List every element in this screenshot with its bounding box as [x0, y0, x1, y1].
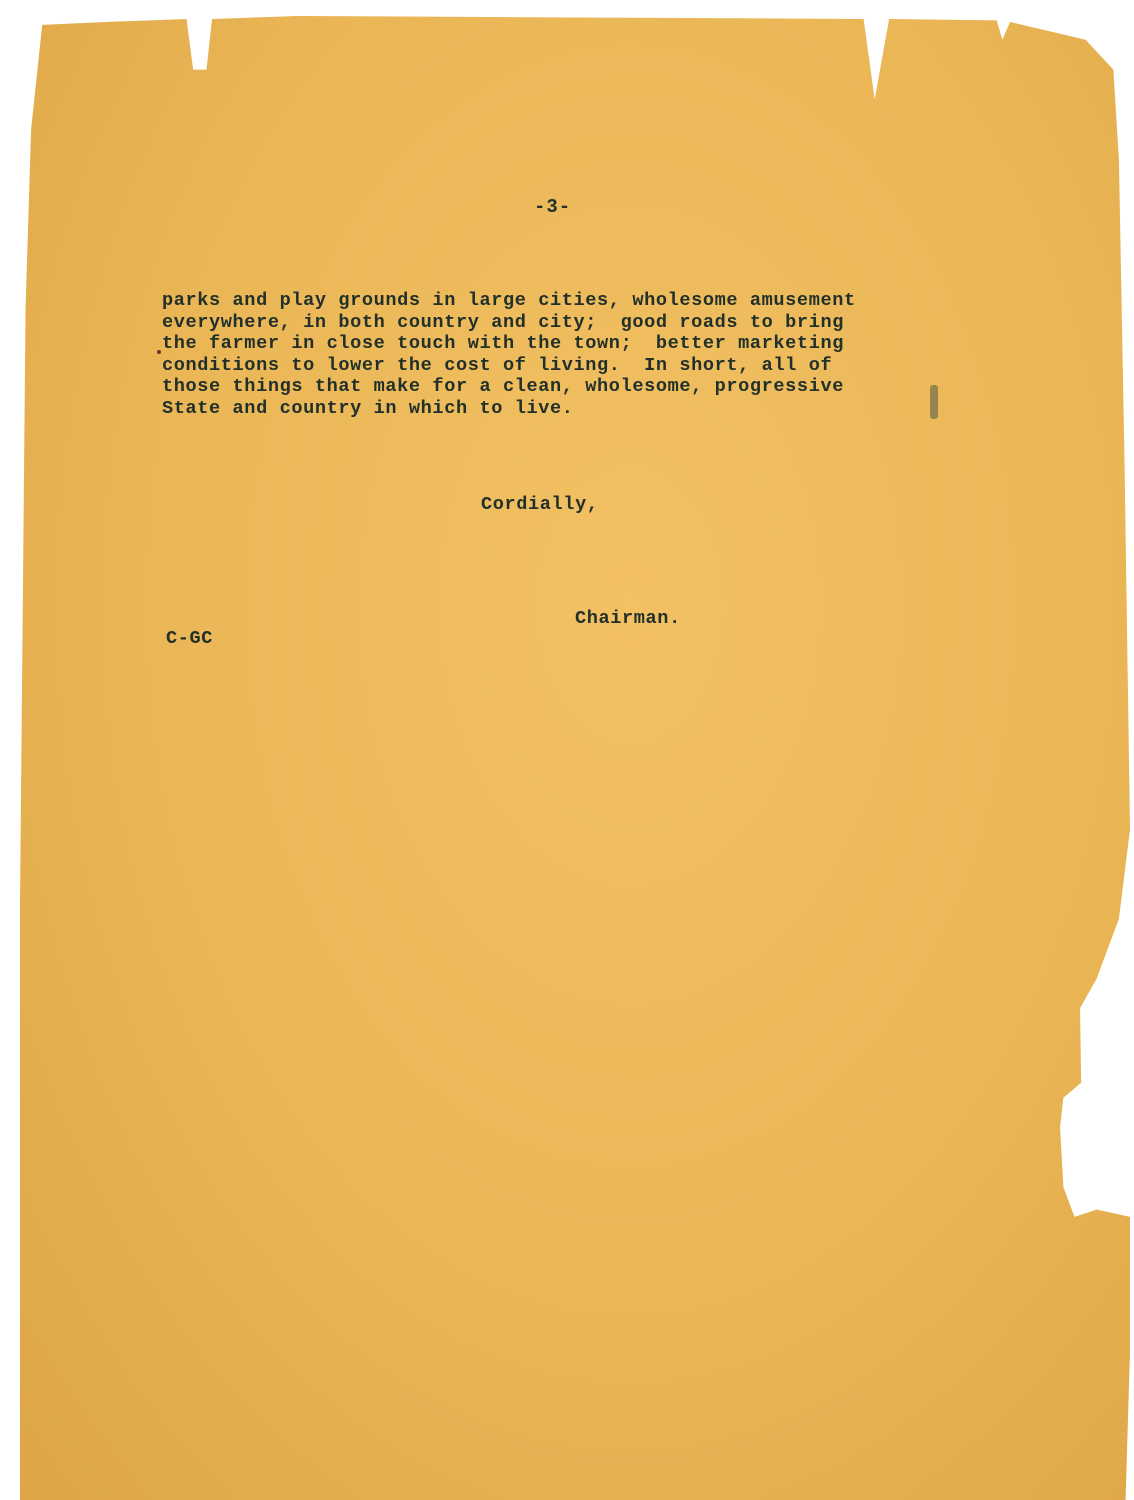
ink-smudge — [930, 385, 938, 419]
body-line: the farmer in close touch with the town;… — [162, 333, 982, 355]
closing-salutation: Cordially, — [481, 494, 599, 515]
body-line: parks and play grounds in large cities, … — [162, 290, 982, 312]
reference-initials: C-GC — [166, 628, 213, 649]
signature-title: Chairman. — [575, 608, 681, 629]
body-line: everywhere, in both country and city; go… — [162, 312, 982, 334]
margin-mark — [157, 350, 161, 354]
page-number: -3- — [534, 196, 571, 218]
body-line: State and country in which to live. — [162, 398, 982, 420]
letter-body: parks and play grounds in large cities, … — [162, 290, 982, 419]
body-line: conditions to lower the cost of living. … — [162, 355, 982, 377]
body-line: those things that make for a clean, whol… — [162, 376, 982, 398]
letter-page: -3- parks and play grounds in large citi… — [0, 0, 1134, 1500]
